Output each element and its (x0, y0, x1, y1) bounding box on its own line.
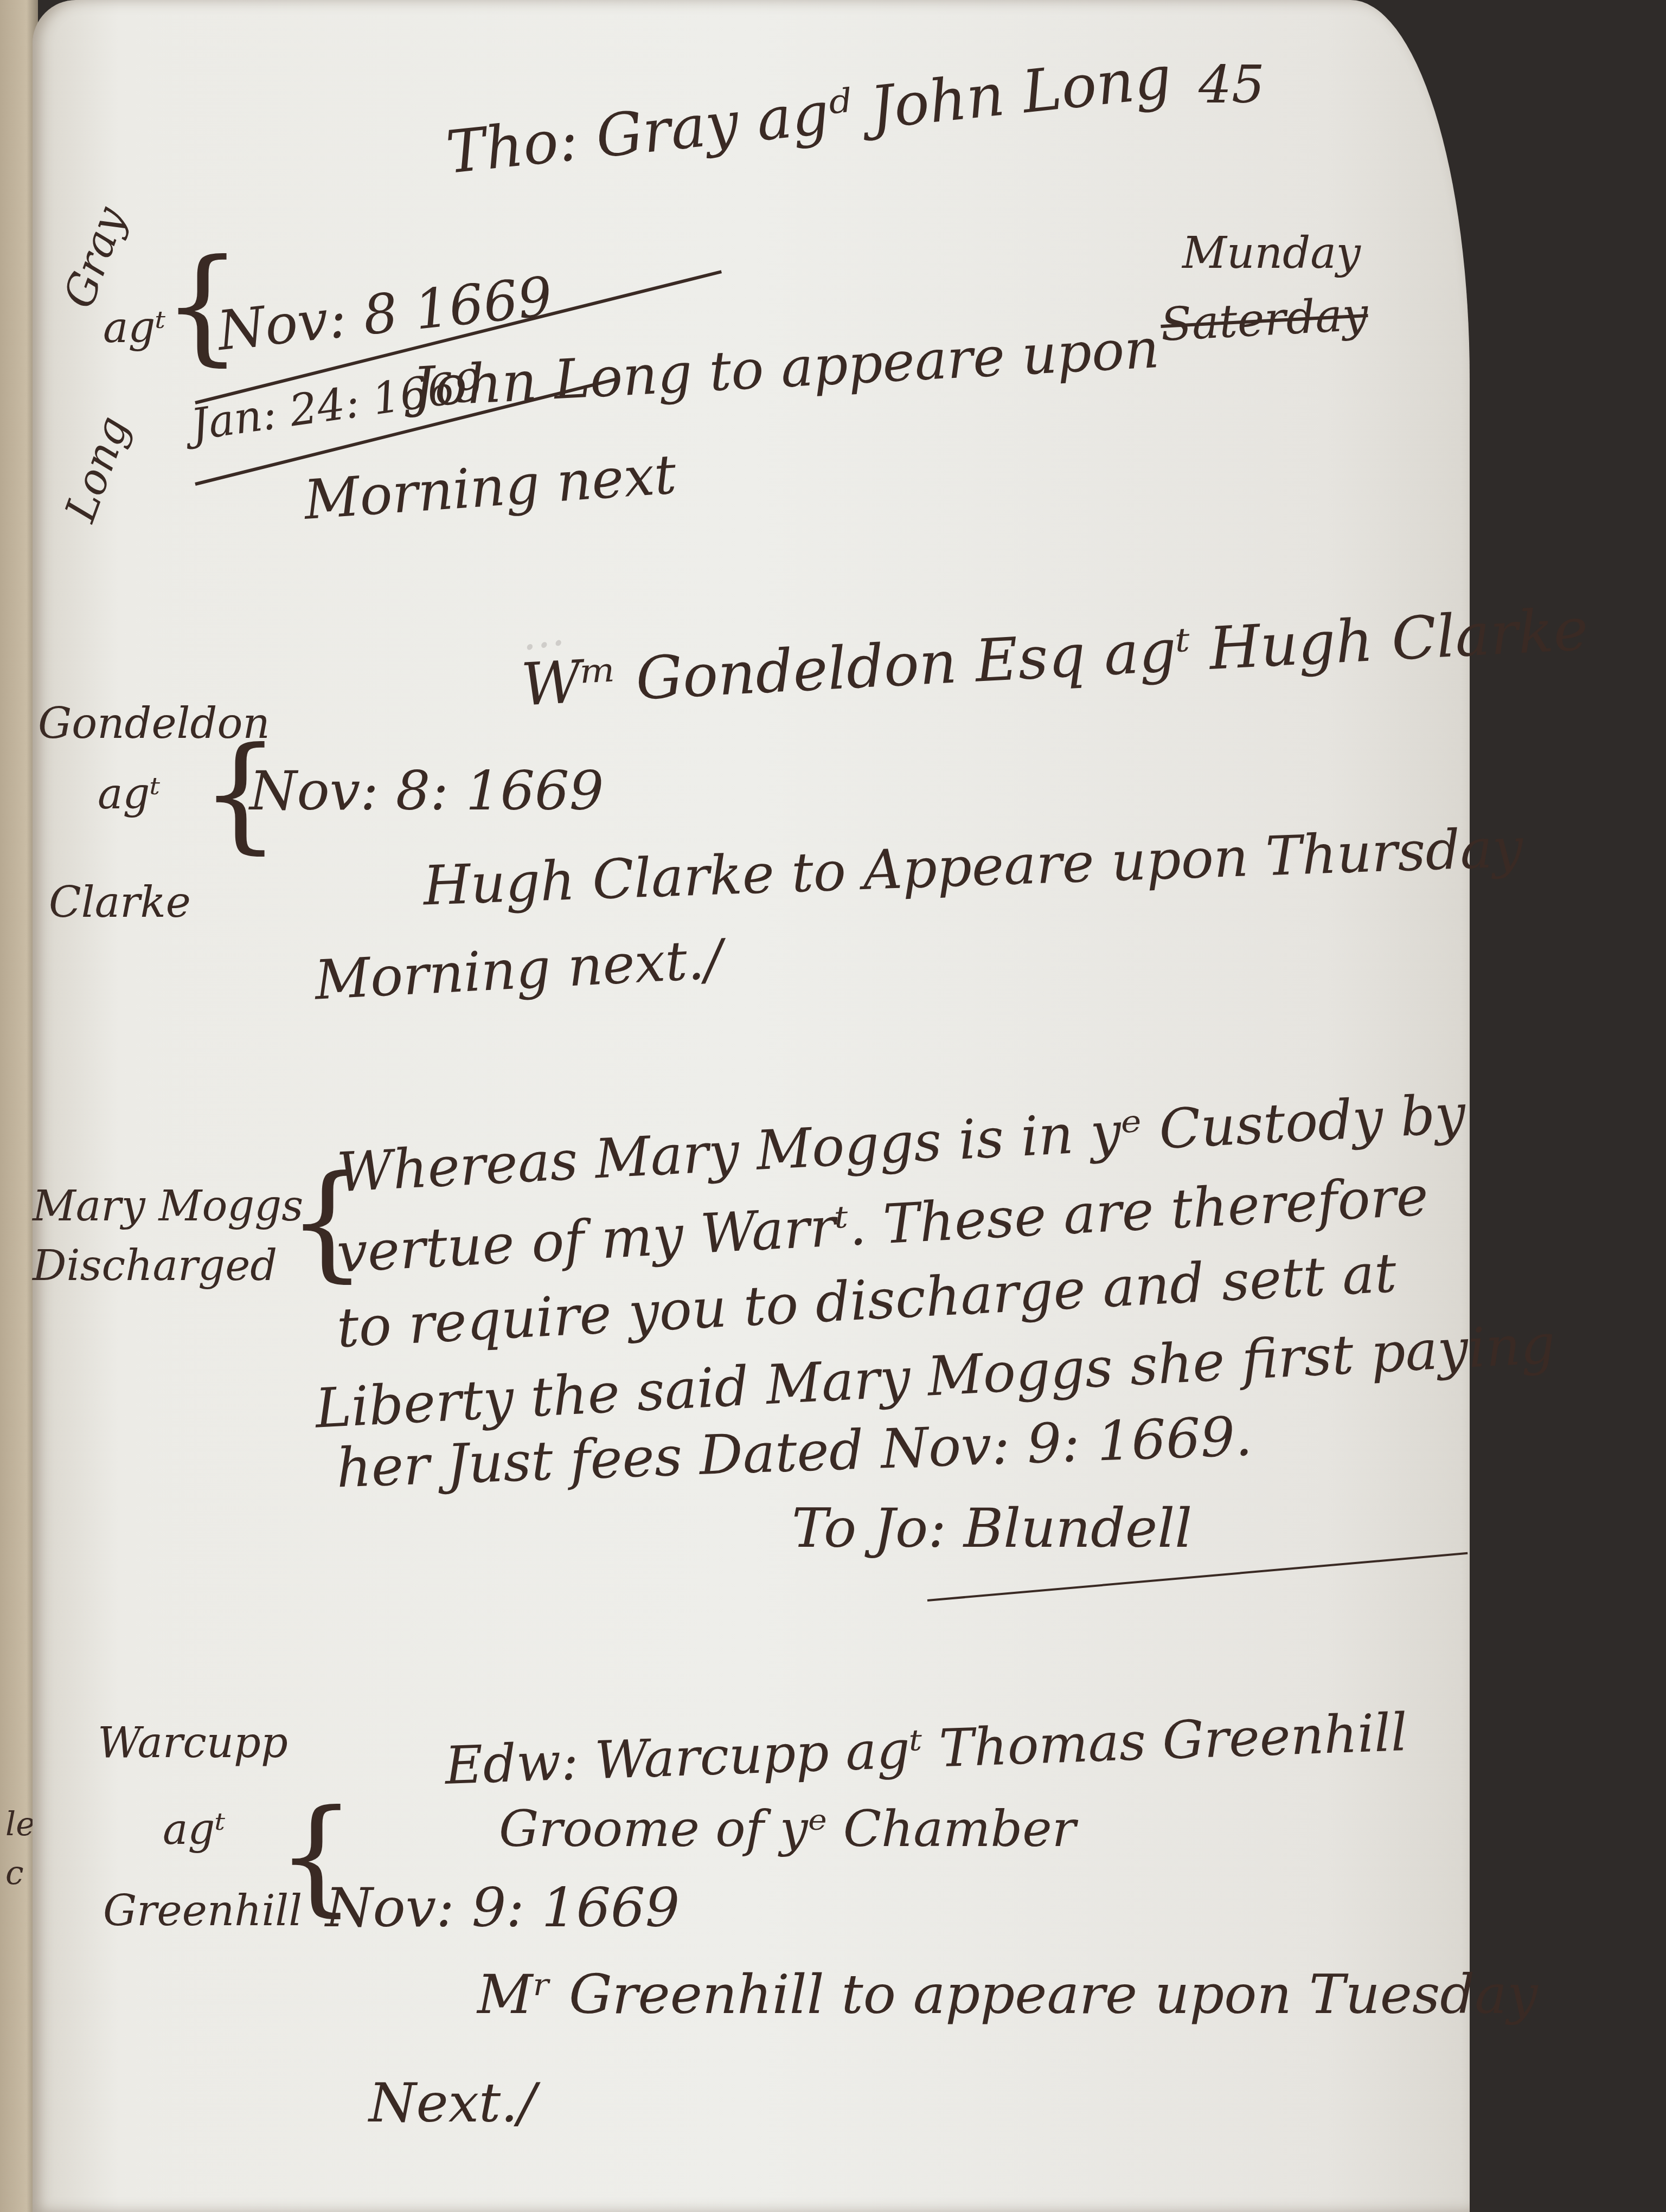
entry-body-line: Mʳ Greenhill to appeare upon Tuesday (477, 1963, 1537, 2026)
entry-date: Nov: 9: 1669 (325, 1876, 680, 1939)
entry-heading-subtitle: Groome of yᵉ Chamber (499, 1800, 1076, 1858)
manuscript-page: … 45 Tho: Gray agᵈ John Long Gray agᵗ Lo… (33, 0, 1470, 2212)
entry-heading: Edw: Warcupp agᵗ Thomas Greenhill (444, 1702, 1408, 1796)
facing-page-fragment: le (5, 1805, 35, 1843)
margin-party-1: Warcupp (98, 1719, 288, 1767)
margin-against: agᵗ (163, 1805, 226, 1854)
margin-party-2: Greenhill (103, 1887, 302, 1935)
entry-warcupp-v-greenhill: Edw: Warcupp agᵗ Thomas Greenhill Groome… (33, 0, 1470, 2212)
facing-page-fragment: c (5, 1854, 24, 1892)
entry-body-line: Next./ (369, 2071, 536, 2134)
